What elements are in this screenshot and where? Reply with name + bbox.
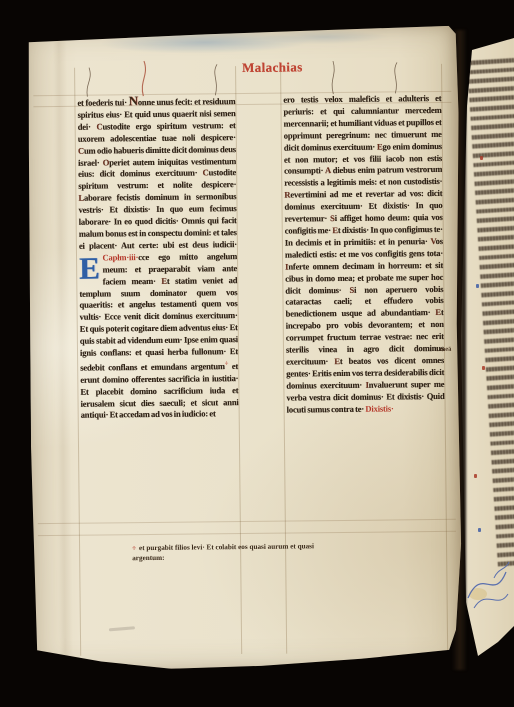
rubric-accent (482, 366, 485, 370)
rubric-accent (476, 284, 479, 288)
text-column-right: ero testis velox maleficis et adulteris … (283, 93, 446, 543)
facing-page-text (467, 58, 514, 568)
rubric-accent (474, 474, 477, 478)
rubric-text: Dixistis· (365, 403, 393, 413)
smudge (109, 626, 135, 631)
text-segment: et foederis tui· (77, 97, 128, 108)
rubric-accent (478, 528, 481, 532)
text-segment: aborare fecistis dominum in sermonibus v… (78, 191, 236, 250)
illuminated-initial: E (79, 252, 103, 280)
photograph: Malachias et foederis tui· Nonne unus fe… (0, 0, 514, 707)
manuscript-page: Malachias et foederis tui· Nonne unus fe… (25, 24, 466, 675)
text-column-left: et foederis tui· Nonne unus fecit: et re… (77, 95, 240, 539)
footnote: ÷et purgabit filios levi· Et colabit eos… (132, 542, 328, 563)
running-title: Malachias (242, 59, 303, 76)
footnote-mark: ÷ (132, 544, 136, 552)
rubric-text: Capłm·iii· (102, 252, 138, 262)
text-segment: t statim veniet ad templum suum dominato… (79, 275, 238, 373)
penwork-flourish-blue (464, 556, 512, 618)
footnote-text: et purgabit filios levi· Et colabit eos … (132, 542, 314, 561)
marginal-correction: : meā (436, 346, 451, 353)
rubric-accent (480, 156, 483, 160)
text-segment: ustodite ergo spiritum vestrum: et uxore… (78, 120, 236, 144)
facing-page-edge (458, 36, 514, 670)
